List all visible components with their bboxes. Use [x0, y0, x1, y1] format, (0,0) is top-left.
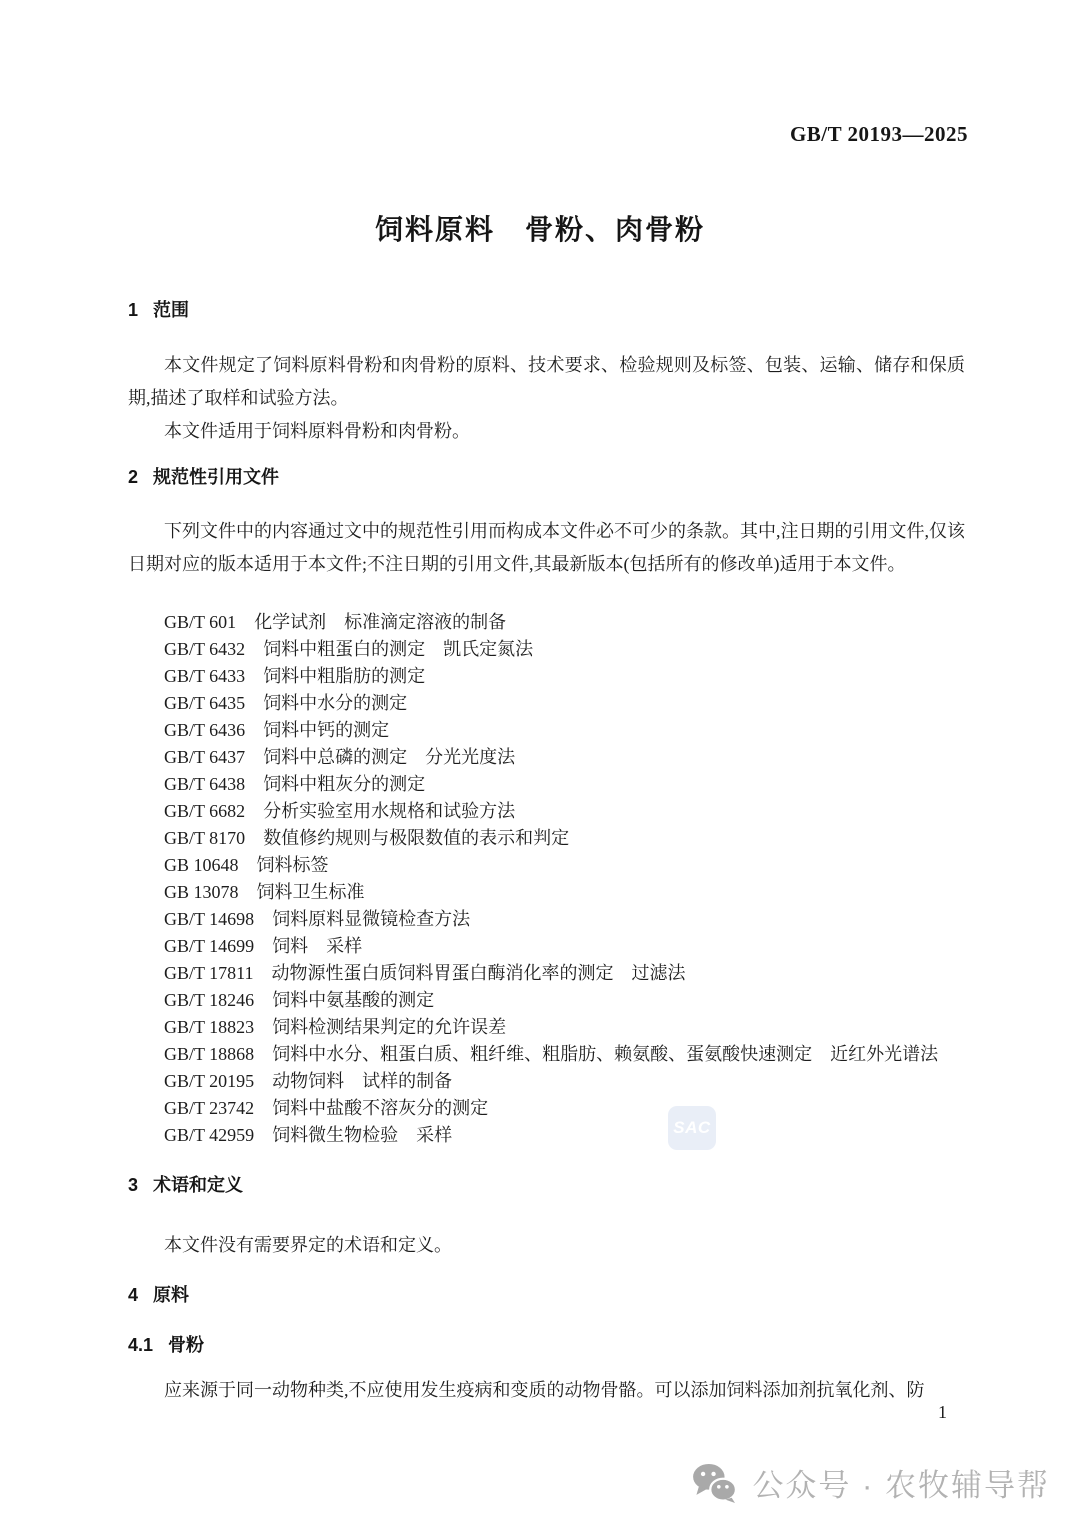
section-number: 2: [128, 465, 138, 489]
reference-item: GB/T 18823饲料检测结果判定的允许误差: [164, 1014, 1044, 1041]
reference-item: GB/T 6437饲料中总磷的测定 分光光度法: [164, 744, 1044, 771]
reference-title: 动物饲料 试样的制备: [272, 1071, 452, 1091]
reference-item: GB/T 18246饲料中氨基酸的测定: [164, 987, 1044, 1014]
wechat-banner-text: 公众号 · 农牧辅导帮: [752, 1460, 1050, 1505]
reference-code: GB/T 6436: [164, 717, 245, 744]
references-list: GB/T 601化学试剂 标准滴定溶液的制备 GB/T 6432饲料中粗蛋白的测…: [164, 609, 1044, 1149]
reference-item: GB/T 8170数值修约规则与极限数值的表示和判定: [164, 825, 1044, 852]
reference-title: 饲料中水分、粗蛋白质、粗纤维、粗脂肪、赖氨酸、蛋氨酸快速测定 近红外光谱法: [272, 1044, 938, 1064]
section-number: 4: [128, 1283, 138, 1307]
reference-code: GB/T 18868: [164, 1041, 254, 1068]
wechat-icon: [692, 1463, 738, 1503]
section-heading-label: 术语和定义: [153, 1173, 243, 1197]
reference-title: 饲料标签: [257, 855, 329, 875]
reference-code: GB/T 8170: [164, 825, 245, 852]
reference-title: 化学试剂 标准滴定溶液的制备: [254, 612, 506, 632]
reference-item: GB/T 18868饲料中水分、粗蛋白质、粗纤维、粗脂肪、赖氨酸、蛋氨酸快速测定…: [164, 1041, 1044, 1068]
reference-item: GB/T 23742饲料中盐酸不溶灰分的测定: [164, 1095, 1044, 1122]
reference-code: GB/T 23742: [164, 1095, 254, 1122]
reference-item: GB/T 6682分析实验室用水规格和试验方法: [164, 798, 1044, 825]
reference-code: GB/T 6682: [164, 798, 245, 825]
reference-title: 饲料检测结果判定的允许误差: [272, 1017, 506, 1037]
wechat-banner: 公众号 · 农牧辅导帮: [692, 1460, 1050, 1505]
reference-item: GB 10648饲料标签: [164, 852, 1044, 879]
reference-code: GB/T 18823: [164, 1014, 254, 1041]
reference-title: 饲料中粗蛋白的测定 凯氏定氮法: [263, 639, 533, 659]
reference-code: GB/T 6438: [164, 771, 245, 798]
paragraph: 本文件规定了饲料原料骨粉和肉骨粉的原料、技术要求、检验规则及标签、包装、运输、储…: [128, 349, 965, 415]
terms-paragraph: 本文件没有需要界定的术语和定义。: [128, 1229, 965, 1262]
reference-code: GB/T 20195: [164, 1068, 254, 1095]
reference-item: GB/T 42959饲料微生物检验 采样: [164, 1122, 1044, 1149]
reference-title: 数值修约规则与极限数值的表示和判定: [263, 828, 569, 848]
page-number: 1: [938, 1402, 947, 1423]
reference-title: 饲料中粗脂肪的测定: [263, 666, 425, 686]
reference-title: 饲料中粗灰分的测定: [263, 774, 425, 794]
paragraph: 本文件适用于饲料原料骨粉和肉骨粉。: [128, 415, 965, 448]
reference-code: GB/T 6437: [164, 744, 245, 771]
reference-item: GB/T 6433饲料中粗脂肪的测定: [164, 663, 1044, 690]
reference-title: 饲料中钙的测定: [263, 720, 389, 740]
reference-title: 饲料中盐酸不溶灰分的测定: [272, 1098, 488, 1118]
document-title: 饲料原料 骨粉、肉骨粉: [0, 208, 1080, 248]
reference-title: 分析实验室用水规格和试验方法: [263, 801, 515, 821]
subsection-heading-bone-meal: 4.1 骨粉: [128, 1333, 968, 1357]
reference-title: 饲料中氨基酸的测定: [272, 990, 434, 1010]
section-heading-raw-materials: 4 原料: [128, 1283, 968, 1307]
reference-code: GB/T 6433: [164, 663, 245, 690]
section-heading-label: 规范性引用文件: [153, 465, 279, 489]
reference-title: 饲料微生物检验 采样: [272, 1125, 452, 1145]
bone-meal-paragraph: 应来源于同一动物种类,不应使用发生疫病和变质的动物骨骼。可以添加饲料添加剂抗氧化…: [128, 1374, 965, 1407]
reference-title: 饲料卫生标准: [257, 882, 365, 902]
reference-item: GB/T 601化学试剂 标准滴定溶液的制备: [164, 609, 1044, 636]
paragraph: 应来源于同一动物种类,不应使用发生疫病和变质的动物骨骼。可以添加饲料添加剂抗氧化…: [128, 1374, 965, 1407]
reference-title: 动物源性蛋白质饲料胃蛋白酶消化率的测定 过滤法: [272, 963, 686, 983]
reference-item: GB/T 20195动物饲料 试样的制备: [164, 1068, 1044, 1095]
scope-paragraphs: 本文件规定了饲料原料骨粉和肉骨粉的原料、技术要求、检验规则及标签、包装、运输、储…: [128, 349, 965, 448]
reference-item: GB/T 6436饲料中钙的测定: [164, 717, 1044, 744]
reference-code: GB/T 14699: [164, 933, 254, 960]
reference-code: GB/T 14698: [164, 906, 254, 933]
reference-item: GB/T 17811动物源性蛋白质饲料胃蛋白酶消化率的测定 过滤法: [164, 960, 1044, 987]
reference-code: GB 10648: [164, 852, 239, 879]
section-heading-label: 范围: [153, 298, 189, 322]
section-heading-normative-refs: 2 规范性引用文件: [128, 465, 968, 489]
reference-code: GB 13078: [164, 879, 239, 906]
section-heading-label: 原料: [153, 1283, 189, 1307]
section-number: 3: [128, 1173, 138, 1197]
sac-watermark-text: SAC: [673, 1118, 710, 1138]
section-number: 1: [128, 298, 138, 322]
reference-code: GB/T 17811: [164, 960, 254, 987]
normative-refs-intro: 下列文件中的内容通过文中的规范性引用而构成本文件必不可少的条款。其中,注日期的引…: [128, 515, 965, 581]
reference-title: 饲料 采样: [272, 936, 362, 956]
reference-title: 饲料原料显微镜检查方法: [272, 909, 470, 929]
reference-code: GB/T 6435: [164, 690, 245, 717]
reference-item: GB/T 6435饲料中水分的测定: [164, 690, 1044, 717]
paragraph: 下列文件中的内容通过文中的规范性引用而构成本文件必不可少的条款。其中,注日期的引…: [128, 515, 965, 581]
reference-code: GB/T 6432: [164, 636, 245, 663]
section-heading-terms: 3 术语和定义: [128, 1173, 968, 1197]
sac-watermark-logo: SAC: [668, 1106, 716, 1150]
section-heading-scope: 1 范围: [128, 298, 968, 322]
reference-item: GB/T 6438饲料中粗灰分的测定: [164, 771, 1044, 798]
reference-code: GB/T 42959: [164, 1122, 254, 1149]
reference-item: GB/T 6432饲料中粗蛋白的测定 凯氏定氮法: [164, 636, 1044, 663]
reference-title: 饲料中总磷的测定 分光光度法: [263, 747, 515, 767]
reference-title: 饲料中水分的测定: [263, 693, 407, 713]
paragraph: 本文件没有需要界定的术语和定义。: [128, 1229, 965, 1262]
standard-number: GB/T 20193—2025: [790, 122, 968, 147]
reference-item: GB/T 14699饲料 采样: [164, 933, 1044, 960]
reference-code: GB/T 18246: [164, 987, 254, 1014]
subsection-number: 4.1: [128, 1333, 153, 1357]
reference-code: GB/T 601: [164, 609, 236, 636]
reference-item: GB 13078饲料卫生标准: [164, 879, 1044, 906]
reference-item: GB/T 14698饲料原料显微镜检查方法: [164, 906, 1044, 933]
subsection-heading-label: 骨粉: [168, 1333, 204, 1357]
